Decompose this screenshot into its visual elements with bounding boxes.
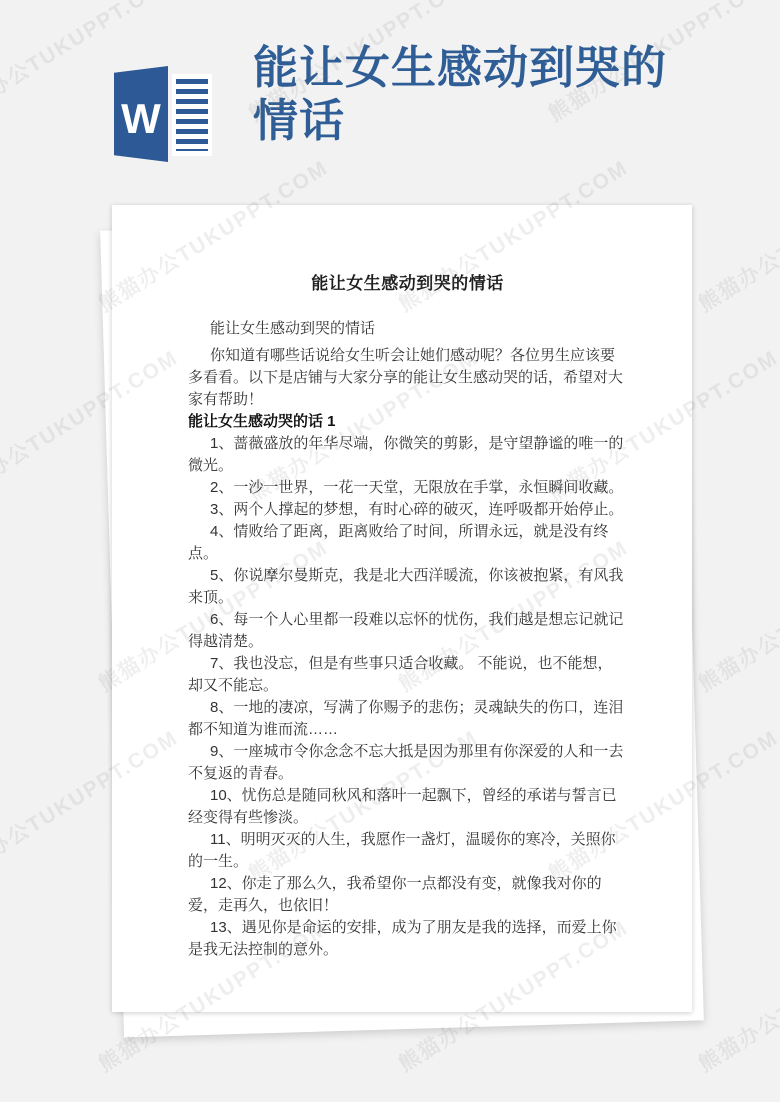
word-doc-stripes	[176, 79, 208, 151]
word-doc-lines-icon	[172, 74, 212, 156]
page-title: 能让女生感动到哭的情话	[253, 42, 683, 147]
doc-intro: 你知道有哪些话说给女生听会让她们感动呢？各位男生应该要多看看。以下是店铺与大家分…	[188, 345, 627, 411]
quote-item: 11、明明灭灭的人生，我愿作一盏灯，温暖你的寒冷，关照你的一生。	[188, 829, 627, 873]
page-canvas: W 能让女生感动到哭的情话 能让女生感动到哭的情话 能让女生感动到哭的情话 你知…	[0, 0, 780, 1102]
watermark-text: 熊猫办公TUKUPPT.COM	[692, 532, 780, 698]
quote-list: 1、蔷薇盛放的年华尽端，你微笑的剪影，是守望静谧的唯一的微光。2、一沙一世界，一…	[188, 433, 627, 961]
quote-item: 2、一沙一世界，一花一天堂，无限放在手掌，永恒瞬间收藏。	[188, 477, 627, 499]
quote-item: 12、你走了那么久，我希望你一点都没有变，就像我对你的爱，走再久，也依旧！	[188, 873, 627, 917]
quote-item: 5、你说摩尔曼斯克，我是北大西洋暖流，你该被抱紧，有风我来顶。	[188, 565, 627, 609]
quote-item: 1、蔷薇盛放的年华尽端，你微笑的剪影，是守望静谧的唯一的微光。	[188, 433, 627, 477]
quote-item: 10、忧伤总是随同秋风和落叶一起飘下，曾经的承诺与誓言已经变得有些惨淡。	[188, 785, 627, 829]
quote-item: 3、两个人撑起的梦想，有时心碎的破灭，连呼吸都开始停止。	[188, 499, 627, 521]
quote-item: 7、我也没忘，但是有些事只适合收藏。 不能说，也不能想，却又不能忘。	[188, 653, 627, 697]
section-heading: 能让女生感动哭的话 1	[188, 411, 627, 433]
document-title-row: 能让女生感动到哭的情话	[188, 269, 627, 294]
quote-item: 4、情败给了距离，距离败给了时间，所谓永远，就是没有终点。	[188, 521, 627, 565]
header: W 能让女生感动到哭的情话	[0, 0, 780, 200]
quote-item: 13、遇见你是命运的安排，成为了朋友是我的选择，而爱上你是我无法控制的意外。	[188, 917, 627, 961]
word-icon: W	[112, 58, 218, 174]
watermark-text: 熊猫办公TUKUPPT.COM	[692, 912, 780, 1078]
word-logo-w-icon: W	[114, 66, 168, 162]
word-logo-letter: W	[121, 98, 161, 140]
doc-subtitle: 能让女生感动到哭的情话	[188, 318, 627, 340]
quote-item: 6、每一个人心里都一段难以忘怀的忧伤，我们越是想忘记就记得越清楚。	[188, 609, 627, 653]
document-title: 能让女生感动到哭的情话	[311, 274, 504, 293]
quote-item: 9、一座城市令你念念不忘大抵是因为那里有你深爱的人和一去不复返的青春。	[188, 741, 627, 785]
document-page: 能让女生感动到哭的情话 能让女生感动到哭的情话 你知道有哪些话说给女生听会让她们…	[112, 205, 692, 1012]
quote-item: 8、一地的凄凉，写满了你赐予的悲伤；灵魂缺失的伤口，连泪都不知道为谁而流……	[188, 697, 627, 741]
